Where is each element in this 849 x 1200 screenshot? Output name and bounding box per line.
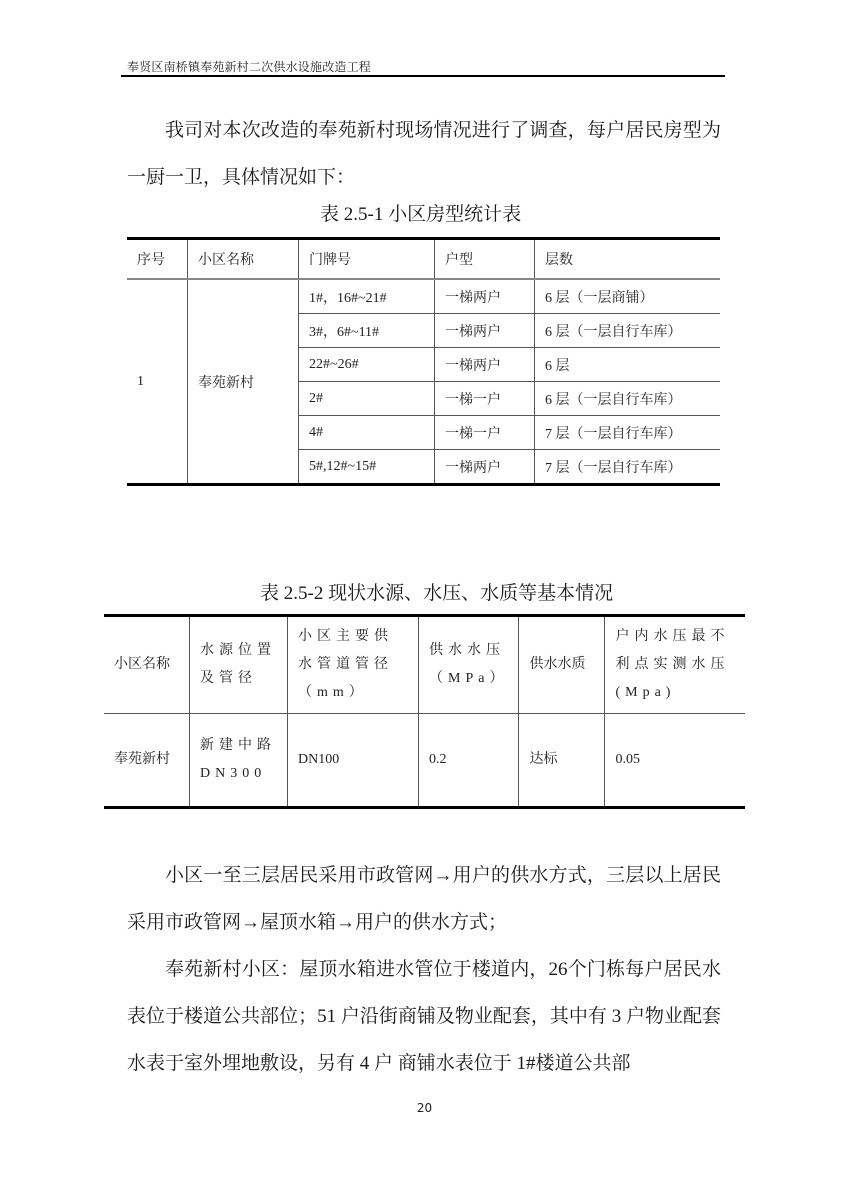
intro-paragraph: 我司对本次改造的奉苑新村现场情况进行了调查，每户居民房型为一厨一卫，具体情况如下… bbox=[127, 107, 721, 201]
door-cell: 4# bbox=[299, 416, 435, 450]
header-cell: 小区主要供水管道管径（mm） bbox=[288, 616, 419, 714]
page-number: 20 bbox=[0, 1101, 849, 1115]
header-cell: 门牌号 bbox=[299, 239, 435, 280]
header-title: 奉贤区南桥镇奉苑新村二次供水设施改造工程 bbox=[127, 58, 371, 75]
serial-cell: 1 bbox=[127, 279, 188, 485]
floors-cell: 6 层（一层自行车库） bbox=[535, 382, 721, 416]
door-cell: 3#，6#~11# bbox=[299, 314, 435, 348]
table-header-row: 小区名称 水源位置及管径 小区主要供水管道管径（mm） 供水水压（MPa） 供水… bbox=[104, 616, 745, 714]
header-divider bbox=[121, 75, 725, 77]
table-row: 1 奉苑新村 1#，16#~21# 一梯两户 6 层（一层商铺） bbox=[127, 279, 720, 314]
type-cell: 一梯两户 bbox=[435, 314, 535, 348]
door-cell: 22#~26# bbox=[299, 348, 435, 382]
community-cell: 奉苑新村 bbox=[104, 714, 190, 808]
door-cell: 2# bbox=[299, 382, 435, 416]
floors-cell: 6 层 bbox=[535, 348, 721, 382]
header-cell: 户内水压最不利点实测水压(Mpa) bbox=[605, 616, 745, 714]
meter-location-paragraph: 奉苑新村小区：屋顶水箱进水管位于楼道内，26个门栋每户居民水表位于楼道公共部位；… bbox=[127, 946, 721, 1087]
table1-caption: 表 2.5-1 小区房型统计表 bbox=[320, 199, 521, 226]
table-header-row: 序号 小区名称 门牌号 户型 层数 bbox=[127, 239, 720, 280]
floors-cell: 7 层（一层自行车库） bbox=[535, 450, 721, 485]
type-cell: 一梯一户 bbox=[435, 416, 535, 450]
header-cell: 户型 bbox=[435, 239, 535, 280]
community-cell: 奉苑新村 bbox=[188, 279, 299, 485]
type-cell: 一梯一户 bbox=[435, 382, 535, 416]
door-cell: 5#,12#~15# bbox=[299, 450, 435, 485]
header-cell: 供水水质 bbox=[519, 616, 605, 714]
floors-cell: 7 层（一层自行车库） bbox=[535, 416, 721, 450]
min-pressure-cell: 0.05 bbox=[605, 714, 745, 808]
floors-cell: 6 层（一层自行车库） bbox=[535, 314, 721, 348]
header-cell: 小区名称 bbox=[104, 616, 190, 714]
floors-cell: 6 层（一层商铺） bbox=[535, 279, 721, 314]
door-cell: 1#，16#~21# bbox=[299, 279, 435, 314]
header-cell: 小区名称 bbox=[188, 239, 299, 280]
type-cell: 一梯两户 bbox=[435, 450, 535, 485]
water-status-table: 小区名称 水源位置及管径 小区主要供水管道管径（mm） 供水水压（MPa） 供水… bbox=[104, 614, 745, 809]
header-cell: 序号 bbox=[127, 239, 188, 280]
table2-caption: 表 2.5-2 现状水源、水压、水质等基本情况 bbox=[260, 578, 613, 605]
header-cell: 供水水压（MPa） bbox=[419, 616, 519, 714]
table-row: 奉苑新村 新建中路 DN300 DN100 0.2 达标 0.05 bbox=[104, 714, 745, 808]
pipe-cell: DN100 bbox=[288, 714, 419, 808]
pressure-cell: 0.2 bbox=[419, 714, 519, 808]
type-cell: 一梯两户 bbox=[435, 279, 535, 314]
house-type-table: 序号 小区名称 门牌号 户型 层数 1 奉苑新村 1#，16#~21# 一梯两户… bbox=[127, 237, 720, 486]
header-cell: 水源位置及管径 bbox=[190, 616, 288, 714]
supply-method-paragraph: 小区一至三层居民采用市政管网→用户的供水方式，三层以上居民采用市政管网→屋顶水箱… bbox=[127, 852, 721, 946]
quality-cell: 达标 bbox=[519, 714, 605, 808]
type-cell: 一梯两户 bbox=[435, 348, 535, 382]
header-cell: 层数 bbox=[535, 239, 721, 280]
source-cell: 新建中路 DN300 bbox=[190, 714, 288, 808]
